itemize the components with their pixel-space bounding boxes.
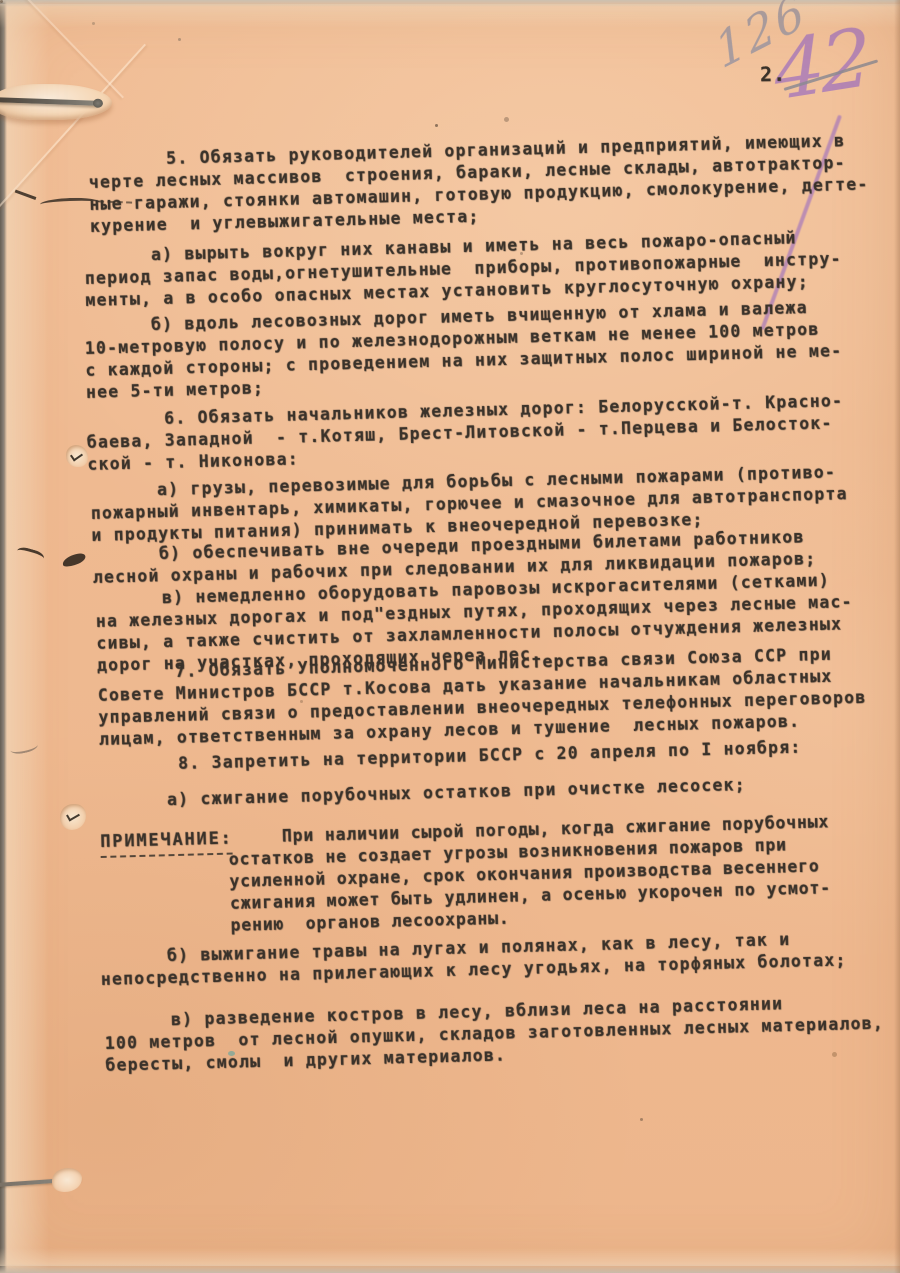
note-body: При наличии сырой погоды, когда сжигание… [228,811,832,937]
paragraph-item-8a: а) сжигание порубочных остатков при очис… [100,774,746,813]
note-label: ПРИМЕЧАНИЕ: [100,828,233,858]
paragraph-item-8b: б) выжигание травы на лугах и полянах, к… [100,927,847,991]
typed-page-number: 2. [760,62,787,86]
punch-dent [60,804,86,830]
handwritten-crossed-number: 42 [772,10,870,118]
ink-smudge [61,552,87,569]
punch-dent [66,445,88,467]
paper-right-edge [894,0,900,1273]
scanned-document-page: 126 42 2. 5. Обязать руководителей орган… [0,0,900,1273]
paragraph-item-7: 7. Обязать Уполномоченного Министерства … [97,643,867,751]
paragraph-item-6: 6. Обязать начальников железных дорог: Б… [86,390,845,476]
paper-bottom-edge [0,1264,900,1273]
paragraph-item-8v: в) разведение костров в лесу, вблизи лес… [104,991,885,1077]
paragraph-item-5b: б) вдоль лесовозных дорог иметь вчищенну… [84,296,843,404]
paper-left-edge [0,0,7,1273]
dust-specks [0,0,3,3]
paragraph-item-5: 5. Обязать руководителей организаций и п… [88,130,869,238]
paper-dent [52,1168,82,1192]
